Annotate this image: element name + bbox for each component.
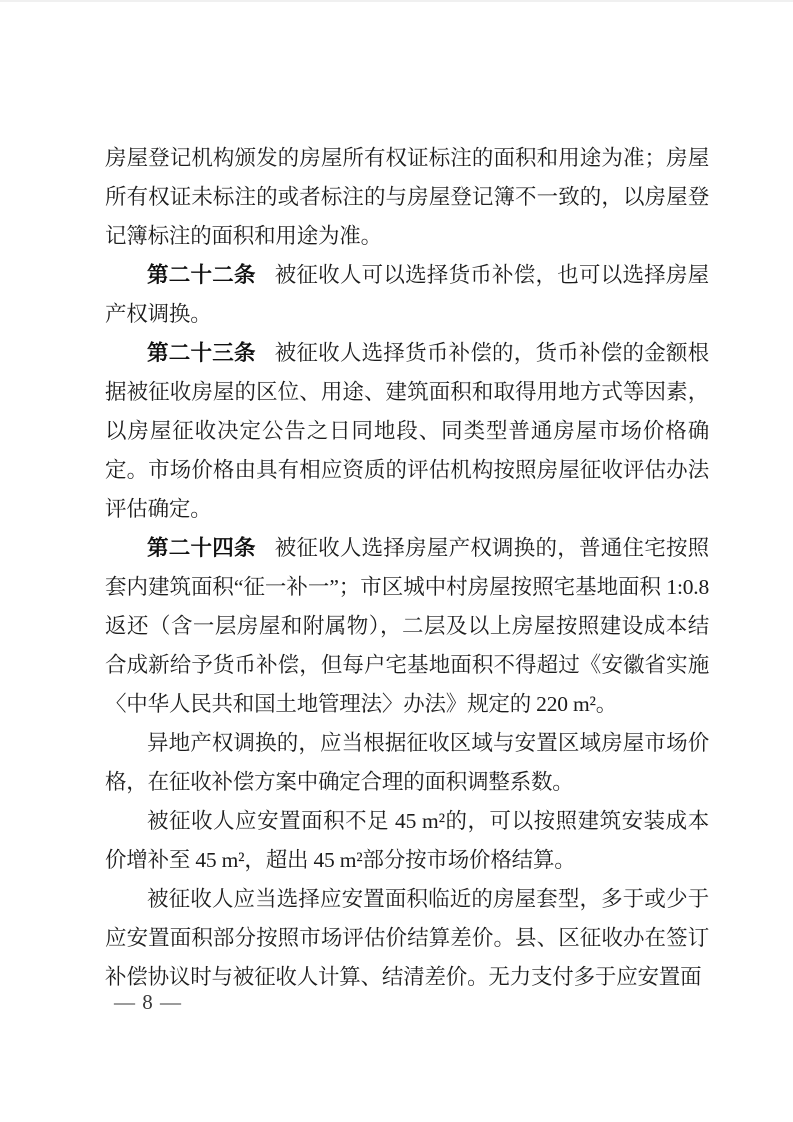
paragraph-article-24: 第二十四条被征收人选择房屋产权调换的，普通住宅按照套内建筑面积“征一补一”；市区…: [105, 529, 709, 724]
article-22-number: 第二十二条: [147, 263, 256, 287]
paragraph-offsite-exchange: 异地产权调换的，应当根据征收区域与安置区域房屋市场价格，在征收补偿方案中确定合理…: [105, 724, 709, 802]
article-24-number: 第二十四条: [147, 536, 256, 560]
paragraph-article-23: 第二十三条被征收人选择货币补偿的，货币补偿的金额根据被征收房屋的区位、用途、建筑…: [105, 334, 709, 529]
paragraph-article-22: 第二十二条被征收人可以选择货币补偿，也可以选择房屋产权调换。: [105, 256, 709, 334]
paragraph-continuation: 房屋登记机构颁发的房屋所有权证标注的面积和用途为准；房屋所有权证未标注的或者标注…: [105, 139, 709, 256]
page-number: — 8 —: [114, 990, 182, 1014]
paragraph-minimum-area: 被征收人应安置面积不足 45 m²的，可以按照建筑安装成本价增补至 45 m²，…: [105, 802, 709, 880]
document-page: 房屋登记机构颁发的房屋所有权证标注的面积和用途为准；房屋所有权证未标注的或者标注…: [0, 0, 793, 1122]
article-23-number: 第二十三条: [147, 341, 256, 365]
document-body: 房屋登记机构颁发的房屋所有权证标注的面积和用途为准；房屋所有权证未标注的或者标注…: [105, 139, 709, 997]
article-24-text: 被征收人选择房屋产权调换的，普通住宅按照套内建筑面积“征一补一”；市区城中村房屋…: [105, 536, 709, 716]
article-23-text: 被征收人选择货币补偿的，货币补偿的金额根据被征收房屋的区位、用途、建筑面积和取得…: [105, 341, 709, 521]
paragraph-unit-selection: 被征收人应当选择应安置面积临近的房屋套型，多于或少于应安置面积部分按照市场评估价…: [105, 880, 709, 997]
page-footer: — 8 —: [114, 990, 182, 1014]
